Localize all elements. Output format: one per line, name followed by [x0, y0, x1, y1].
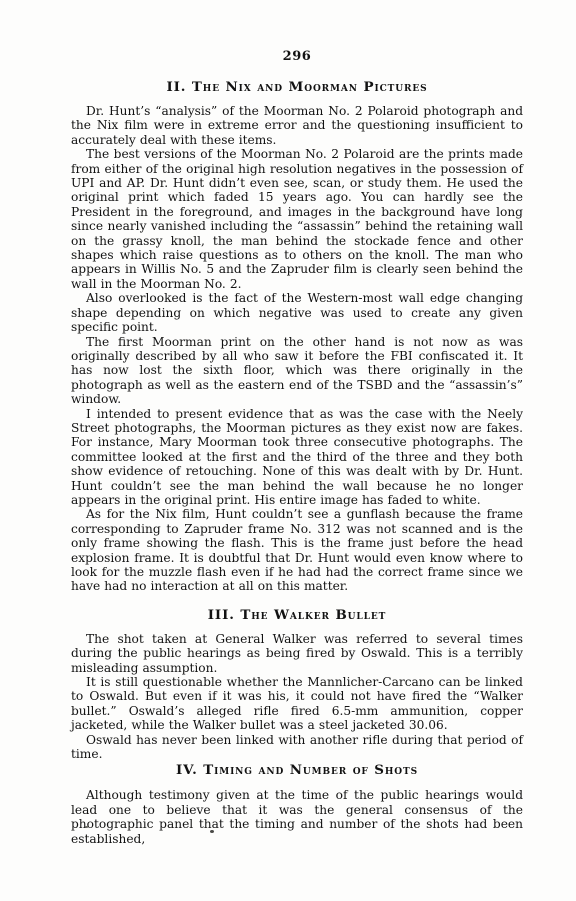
section: II. The Nix and Moorman PicturesDr. Hunt… — [71, 79, 523, 594]
scan-speck — [210, 830, 214, 833]
paragraph: The shot taken at General Walker was ref… — [71, 632, 523, 675]
paragraph: It is still questionable whether the Man… — [71, 675, 523, 733]
paragraph: Dr. Hunt’s “analysis” of the Moorman No.… — [71, 104, 523, 147]
paragraph: Oswald has never been linked with anothe… — [71, 733, 523, 762]
page-number: 296 — [71, 49, 523, 64]
section: IV. Timing and Number of ShotsAlthough t… — [71, 762, 523, 846]
scan-speck — [85, 826, 88, 828]
section-heading: IV. Timing and Number of Shots — [71, 762, 523, 778]
paragraph: As for the Nix film, Hunt couldn’t see a… — [71, 507, 523, 593]
paragraph: The first Moorman print on the other han… — [71, 335, 523, 407]
document-page: 296 II. The Nix and Moorman PicturesDr. … — [0, 0, 576, 901]
paragraph: Also overlooked is the fact of the Weste… — [71, 291, 523, 334]
section: III. The Walker BulletThe shot taken at … — [71, 607, 523, 762]
section-heading: III. The Walker Bullet — [71, 607, 523, 623]
text-block: 296 II. The Nix and Moorman PicturesDr. … — [71, 49, 523, 846]
paragraph: I intended to present evidence that as w… — [71, 407, 523, 508]
page-content: II. The Nix and Moorman PicturesDr. Hunt… — [71, 79, 523, 846]
section-heading: II. The Nix and Moorman Pictures — [71, 79, 523, 95]
paragraph: Although testimony given at the time of … — [71, 788, 523, 846]
paragraph: The best versions of the Moorman No. 2 P… — [71, 147, 523, 291]
